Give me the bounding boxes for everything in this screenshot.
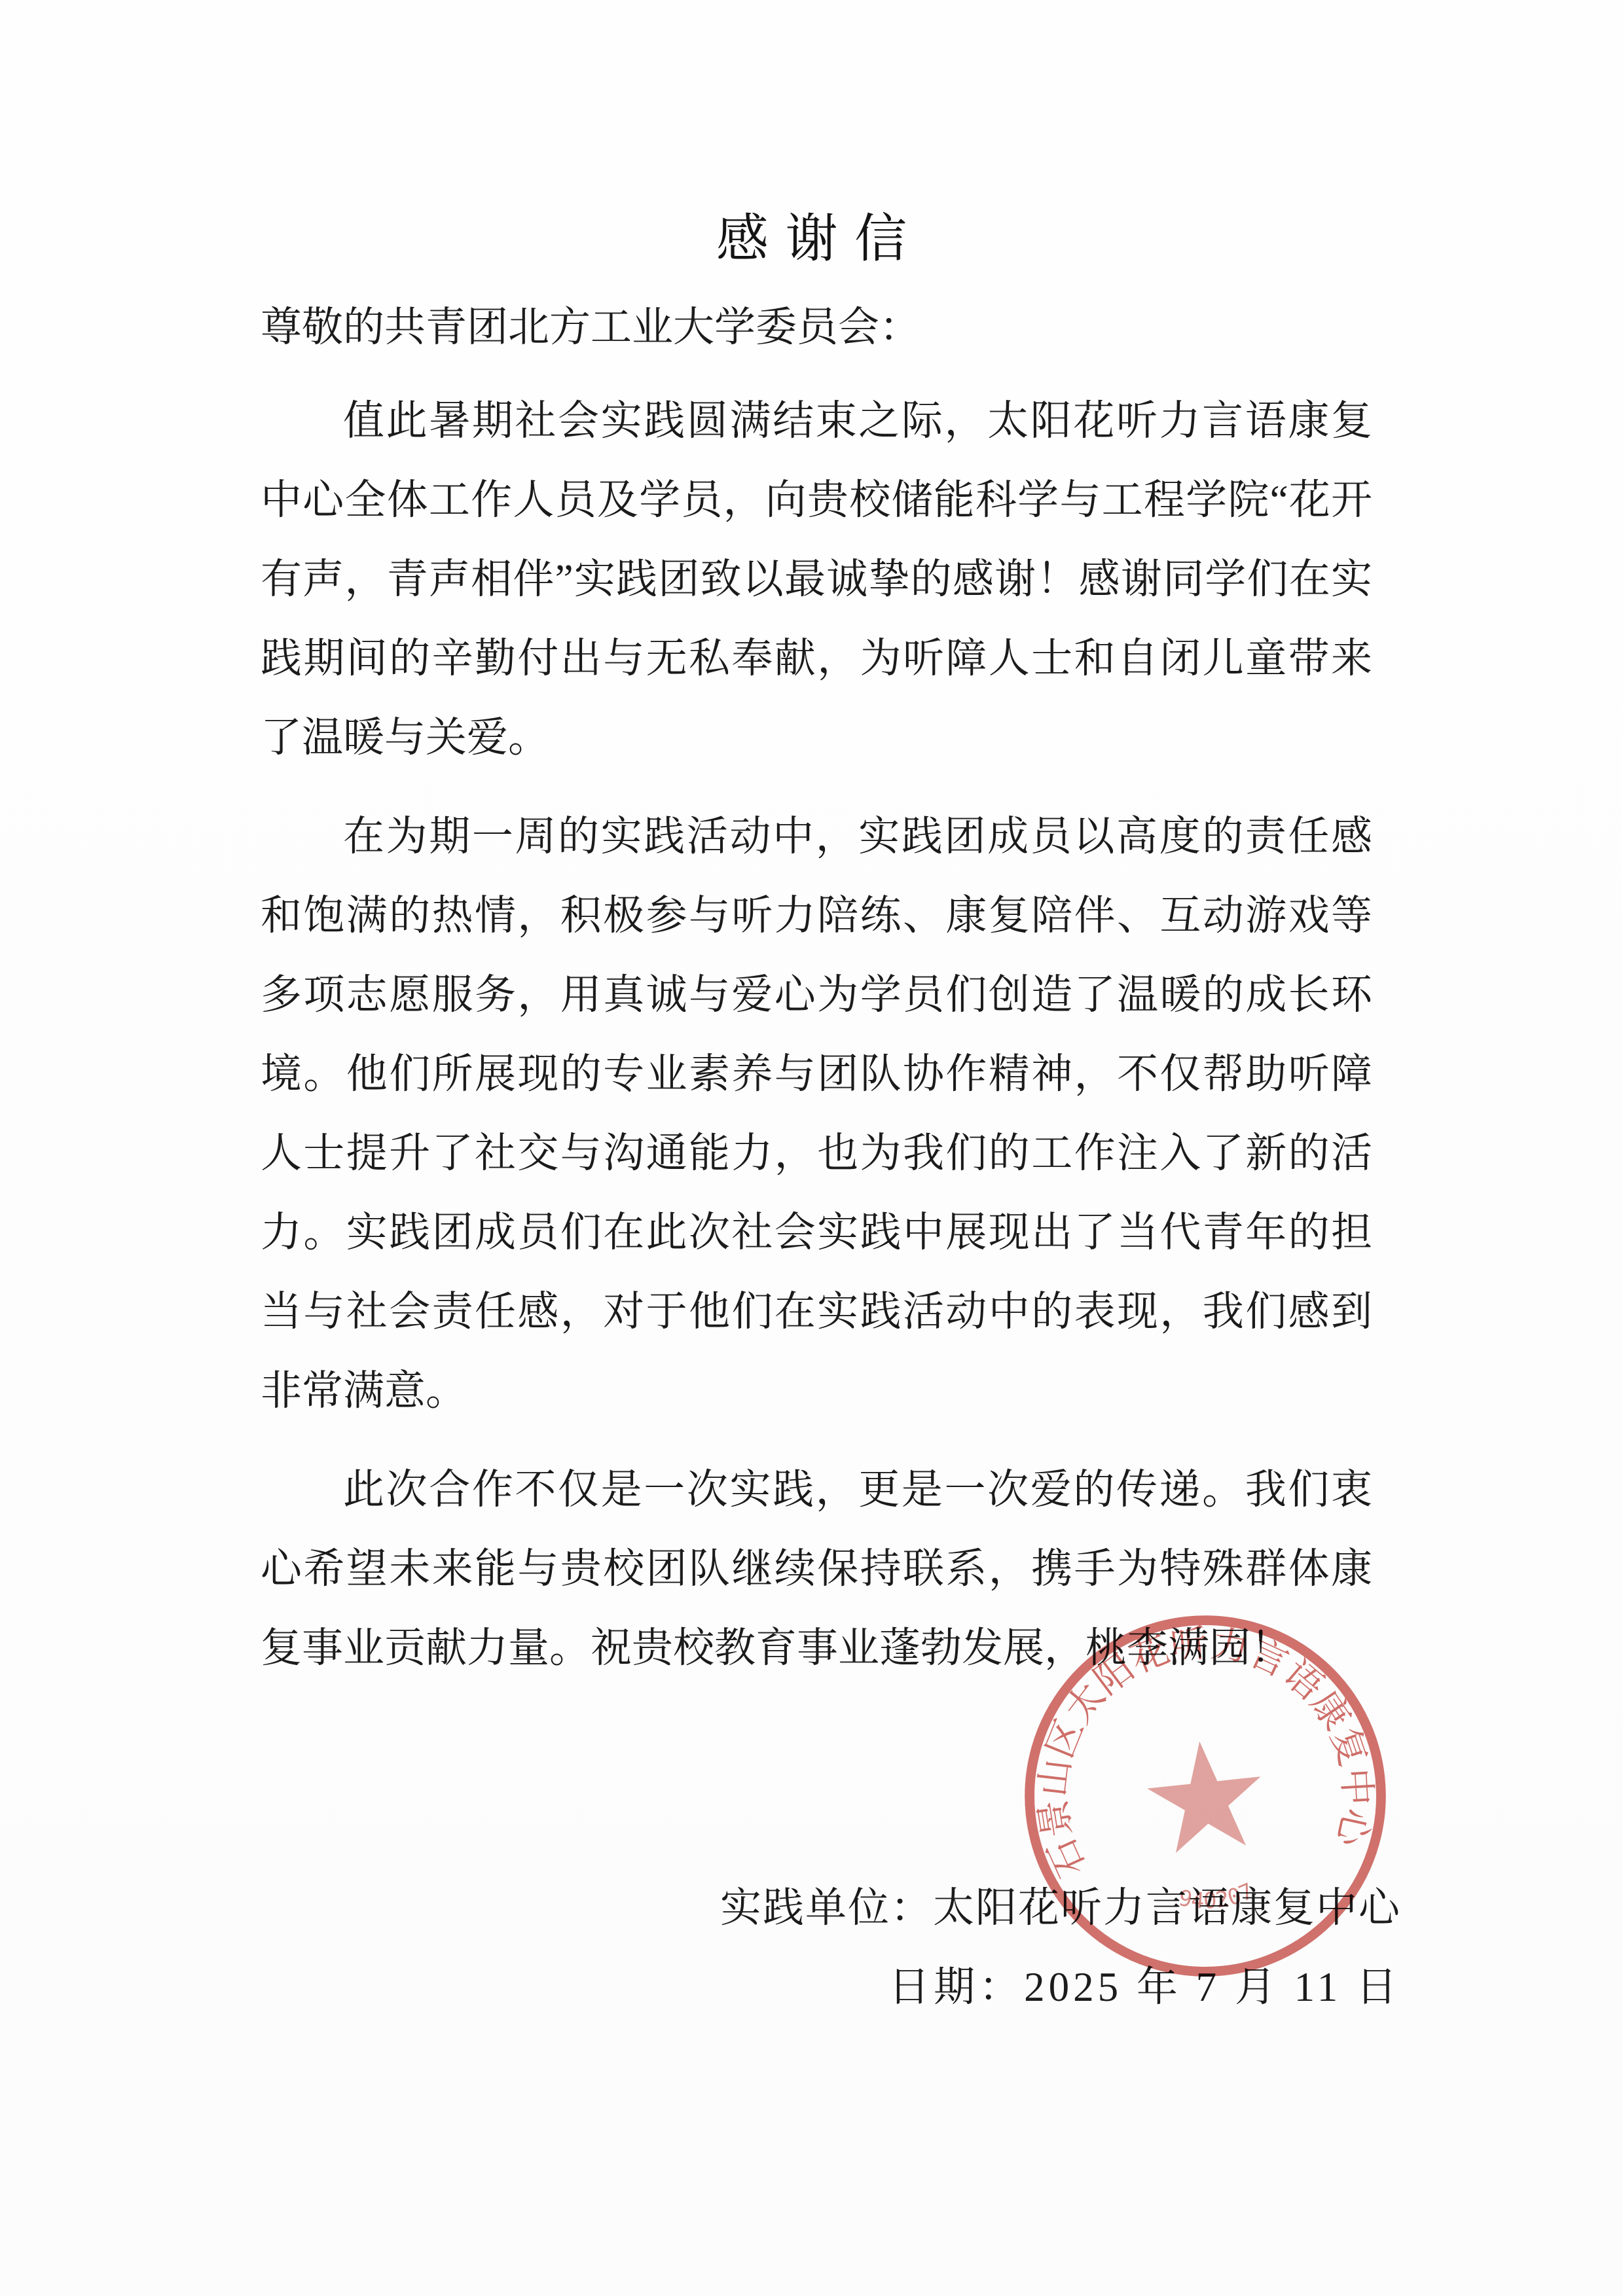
letter-page: 感谢信 尊敬的共青团北方工业大学委员会： 值此暑期社会实践圆满结束之际，太阳花听… bbox=[0, 0, 1623, 2296]
salutation: 尊敬的共青团北方工业大学委员会： bbox=[261, 288, 1372, 367]
star-icon bbox=[1143, 1735, 1268, 1855]
paragraph-1: 值此暑期社会实践圆满结束之际，太阳花听力言语康复中心全体工作人员及学员，向贵校储… bbox=[261, 382, 1372, 778]
letter-title: 感谢信 bbox=[0, 196, 1623, 272]
closing-block: 实践单位：太阳花听力言语康复中心 日期：2025 年 7 月 11 日 bbox=[0, 1869, 1401, 2027]
letter-body: 尊敬的共青团北方工业大学委员会： 值此暑期社会实践圆满结束之际，太阳花听力言语康… bbox=[261, 288, 1372, 1688]
signature-date: 日期：2025 年 7 月 11 日 bbox=[0, 1948, 1401, 2027]
paragraph-2: 在为期一周的实践活动中，实践团成员以高度的责任感和饱满的热情，积极参与听力陪练、… bbox=[261, 797, 1372, 1431]
paragraph-3: 此次合作不仅是一次实践，更是一次爱的传递。我们衷心希望未来能与贵校团队继续保持联… bbox=[261, 1450, 1372, 1688]
signature-unit: 实践单位：太阳花听力言语康复中心 bbox=[0, 1869, 1401, 1948]
